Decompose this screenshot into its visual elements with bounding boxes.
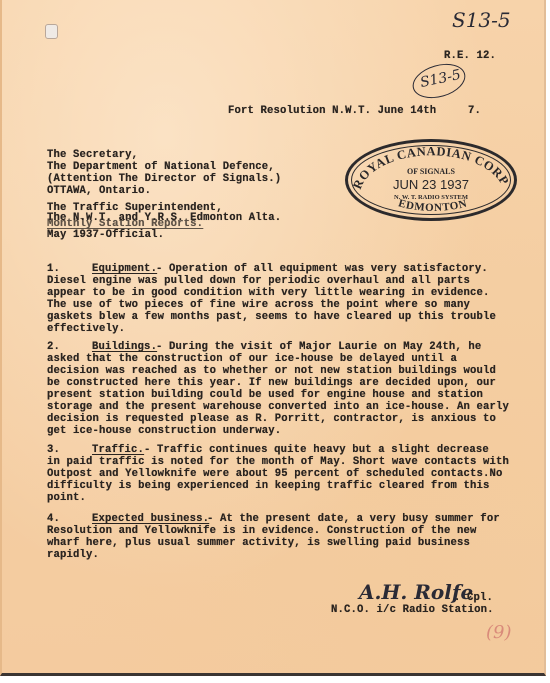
section-first-line: - During the visit of Major Laurie on Ma… (156, 342, 481, 354)
section-heading: Traffic. (92, 445, 144, 457)
section-line: gaskets blew a few months past, seems to… (47, 312, 496, 324)
section-line: difficulty is being experienced in keepi… (47, 481, 490, 493)
reference-number: R.E. 12. (444, 51, 496, 63)
section-heading: Expected business. (92, 514, 209, 526)
section-line: in paid traffic is noted for the month o… (47, 457, 509, 469)
addressee-line: OTTAWA, Ontario. (47, 186, 151, 198)
section-line: be constructed here this year. If new bu… (47, 378, 496, 390)
subject-date-line: May 1937-Official. (47, 230, 164, 242)
section-line: appear to be in good condition with very… (47, 288, 490, 300)
addressee-line: The Secretary, (47, 150, 138, 162)
punch-hole (45, 24, 58, 39)
section-number: 3. (47, 445, 60, 457)
section-line: wharf here, plus usual summer activity, … (47, 538, 470, 550)
file-number-handwritten: S13-5 (452, 8, 511, 32)
section-heading: Equipment. (92, 264, 157, 276)
signature-rank: . Cpl. (454, 593, 493, 605)
section-line: The use of two pieces of fine wire acros… (47, 300, 470, 312)
section-line: effectively. (47, 324, 125, 336)
section-line: Resolution and Yellowknife is in evidenc… (47, 526, 476, 538)
section-line: Diesel engine was pulled down for period… (47, 276, 470, 288)
section-first-line: - Operation of all equipment was very sa… (156, 264, 488, 276)
stamp-date: JUN 23 1937 (348, 177, 514, 192)
section-line: decision is requested please as R. Porri… (47, 414, 496, 426)
section-line: decision was reached as to whether or no… (47, 366, 496, 378)
section-number: 2. (47, 342, 60, 354)
section-line: get ice-house construction underway. (47, 426, 281, 438)
section-line: asked that the construction of our ice-h… (47, 354, 457, 366)
stamp-line-signals: OF SIGNALS (348, 167, 514, 176)
addressee-line: The Department of National Defence, (47, 162, 275, 174)
stamp-line-system: N. W. T. RADIO SYSTEM (348, 194, 514, 201)
section-heading: Buildings. (92, 342, 157, 354)
section-number: 1. (47, 264, 60, 276)
red-pencil-mark: (9) (486, 622, 512, 643)
section-line: point. (47, 493, 86, 505)
section-line: Outpost and Yellowknife were about 95 pe… (47, 469, 503, 481)
section-first-line: - Traffic continues quite heavy but a sl… (144, 445, 489, 457)
letter-page: S13-5 R.E. 12. S13-5 Fort Resolution N.W… (0, 0, 546, 676)
section-line: storage and the present warehouse conver… (47, 402, 509, 414)
place-date-line: Fort Resolution N.W.T. June 14th (228, 106, 436, 118)
section-first-line: - At the present date, a very busy summe… (207, 514, 500, 526)
signature-title: N.C.O. i/c Radio Station. (331, 605, 494, 617)
date-year-digit: 7. (468, 106, 481, 118)
section-line: present station building could be used f… (47, 390, 483, 402)
section-line: rapidly. (47, 550, 99, 562)
addressee-line: (Attention The Director of Signals.) (47, 174, 281, 186)
received-stamp: ROYAL CANADIAN CORPS EDMONTON OF SIGNALS… (345, 139, 517, 221)
section-number: 4. (47, 514, 60, 526)
